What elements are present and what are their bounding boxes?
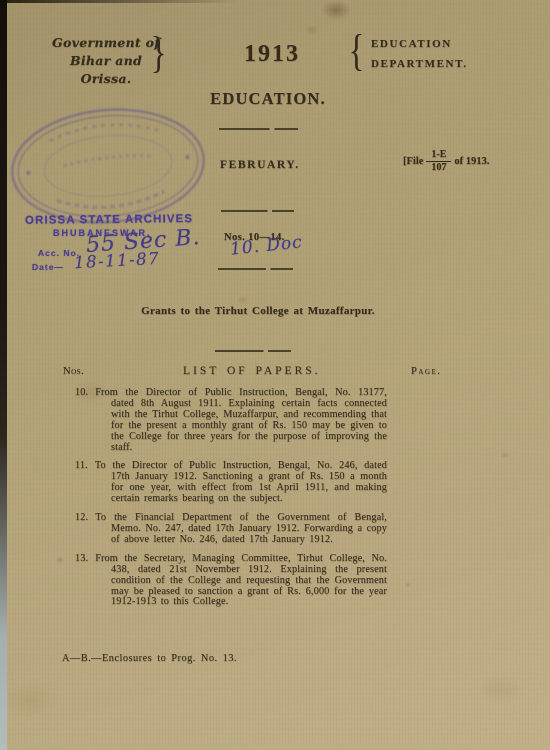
archives-stamp-line1: ORISSA STATE ARCHIVES — [25, 213, 193, 227]
paper-number: 10. — [75, 387, 95, 398]
year-heading: 1913 — [240, 41, 304, 68]
government-heading: Government of Bihar and Orissa. — [52, 34, 160, 88]
column-header-nos: Nos. — [63, 366, 84, 377]
file-number-denominator: 107 — [426, 161, 451, 174]
divider-rule — [218, 268, 293, 270]
department-heading-line1: EDUCATION — [371, 35, 468, 55]
department-heading: EDUCATION DEPARTMENT. — [371, 35, 468, 74]
divider-rule — [215, 350, 291, 352]
file-reference-suffix: of 1913. — [454, 156, 489, 167]
month-heading: FEBRUARY. — [220, 159, 300, 171]
right-brace-glyph: } — [151, 33, 167, 73]
paper-entry-11: 11.To the Director of Public Instruction… — [75, 461, 387, 505]
file-reference: [File 1-E 107 of 1913. — [403, 149, 489, 173]
paper-text: To the Financial Department of the Gover… — [95, 512, 387, 545]
file-number-fraction: 1-E 107 — [426, 149, 451, 173]
section-title: EDUCATION. — [180, 89, 356, 109]
scanned-document-page: Government of Bihar and Orissa. } 1913 {… — [0, 0, 550, 750]
left-brace-glyph: { — [349, 31, 365, 71]
document-title: Grants to the Tirhut College at Muzaffar… — [78, 305, 438, 317]
handwritten-date: 18-11-87 — [74, 249, 161, 272]
paper-entry-13: 13.From the Secretary, Managing Committe… — [75, 554, 387, 609]
paper-entry-12: 12.To the Financial Department of the Go… — [75, 513, 387, 546]
government-heading-line2: Bihar and Orissa. — [52, 52, 160, 88]
paper-text: From the Secretary, Managing Committee, … — [95, 553, 387, 608]
paper-entry-10: 10.From the Director of Public Instructi… — [75, 388, 387, 453]
list-of-papers-heading: LIST OF PAPERS. — [183, 365, 321, 377]
proceedings-numbers-range: Nos. 10—14. — [224, 232, 285, 243]
paper-text: To the Director of Public Instruction, B… — [95, 460, 387, 504]
paper-number: 13. — [75, 553, 95, 564]
papers-list: 10.From the Director of Public Instructi… — [75, 388, 387, 616]
file-number-numerator: 1-E — [431, 149, 446, 161]
date-label: Date— — [32, 262, 64, 272]
department-heading-line2: DEPARTMENT. — [371, 55, 468, 75]
divider-rule — [219, 128, 298, 130]
column-header-page: Page. — [411, 366, 441, 377]
paper-text: From the Director of Public Instruction,… — [95, 387, 387, 453]
file-reference-prefix: [File — [403, 156, 423, 167]
divider-rule — [221, 210, 294, 212]
paper-number: 12. — [75, 512, 95, 523]
scan-top-edge — [0, 0, 240, 3]
government-heading-line1: Government of — [52, 34, 160, 52]
paper-number: 11. — [75, 460, 95, 471]
enclosures-footnote: A—B.—Enclosures to Prog. No. 13. — [62, 653, 237, 664]
